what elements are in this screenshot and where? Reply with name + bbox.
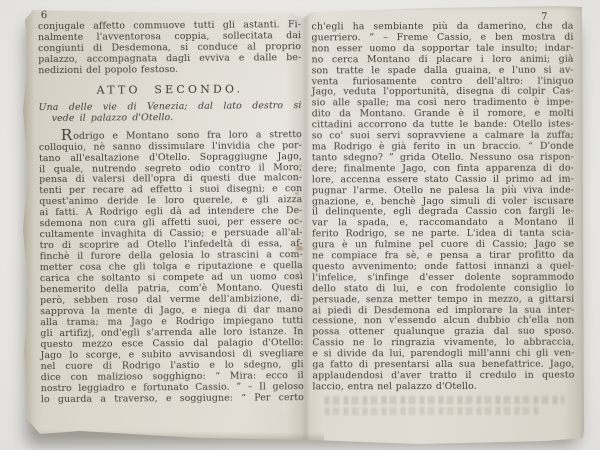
main-paragraph-lines: colloquio, nè sanno dissimulare l'invidi… [39, 141, 304, 406]
intro-lines: conjugale affetto commuove tutti gli ast… [38, 20, 301, 66]
drop-cap: R [61, 126, 73, 144]
text-line: laccio, entra nel palazzo d'Otello. [312, 382, 574, 394]
left-page: 6 conjugale affetto commuove tutti gli a… [38, 9, 304, 406]
intro-paragraph: conjugale affetto commuove tutti gli ast… [38, 20, 301, 77]
bleedthrough-text [325, 407, 541, 416]
right-page-text: 7 ch'egli ha sembiante più da damerino, … [311, 13, 574, 415]
text-line: nedizioni del popolo festoso. [38, 64, 301, 77]
bleedthrough-text [324, 395, 564, 404]
scene-description: Una delle vie di Venezia; dal lato destr… [39, 101, 302, 125]
left-page-text: 6 conjugale affetto commuove tutti gli a… [38, 9, 304, 406]
act-heading: ATTO SECONDO. [38, 82, 301, 97]
page-edge-top [18, 4, 586, 11]
photo-background: 6 conjugale affetto commuove tutti gli a… [0, 0, 600, 450]
book-spread: 6 conjugale affetto commuove tutti gli a… [18, 4, 586, 446]
right-page: 7 ch'egli ha sembiante più da damerino, … [311, 13, 574, 415]
text-line: lo guarda a traverso, e soggiugne: “ Per… [41, 393, 304, 406]
right-paragraph: ch'egli ha sembiante più da damerino, ch… [311, 22, 574, 393]
main-paragraph: Rodrigo e Montano sono fra loro a strett… [39, 128, 304, 406]
right-paragraph-lines: ch'egli ha sembiante più da damerino, ch… [311, 22, 574, 383]
text-line: vede il palazzo d'Otello. [39, 112, 302, 125]
